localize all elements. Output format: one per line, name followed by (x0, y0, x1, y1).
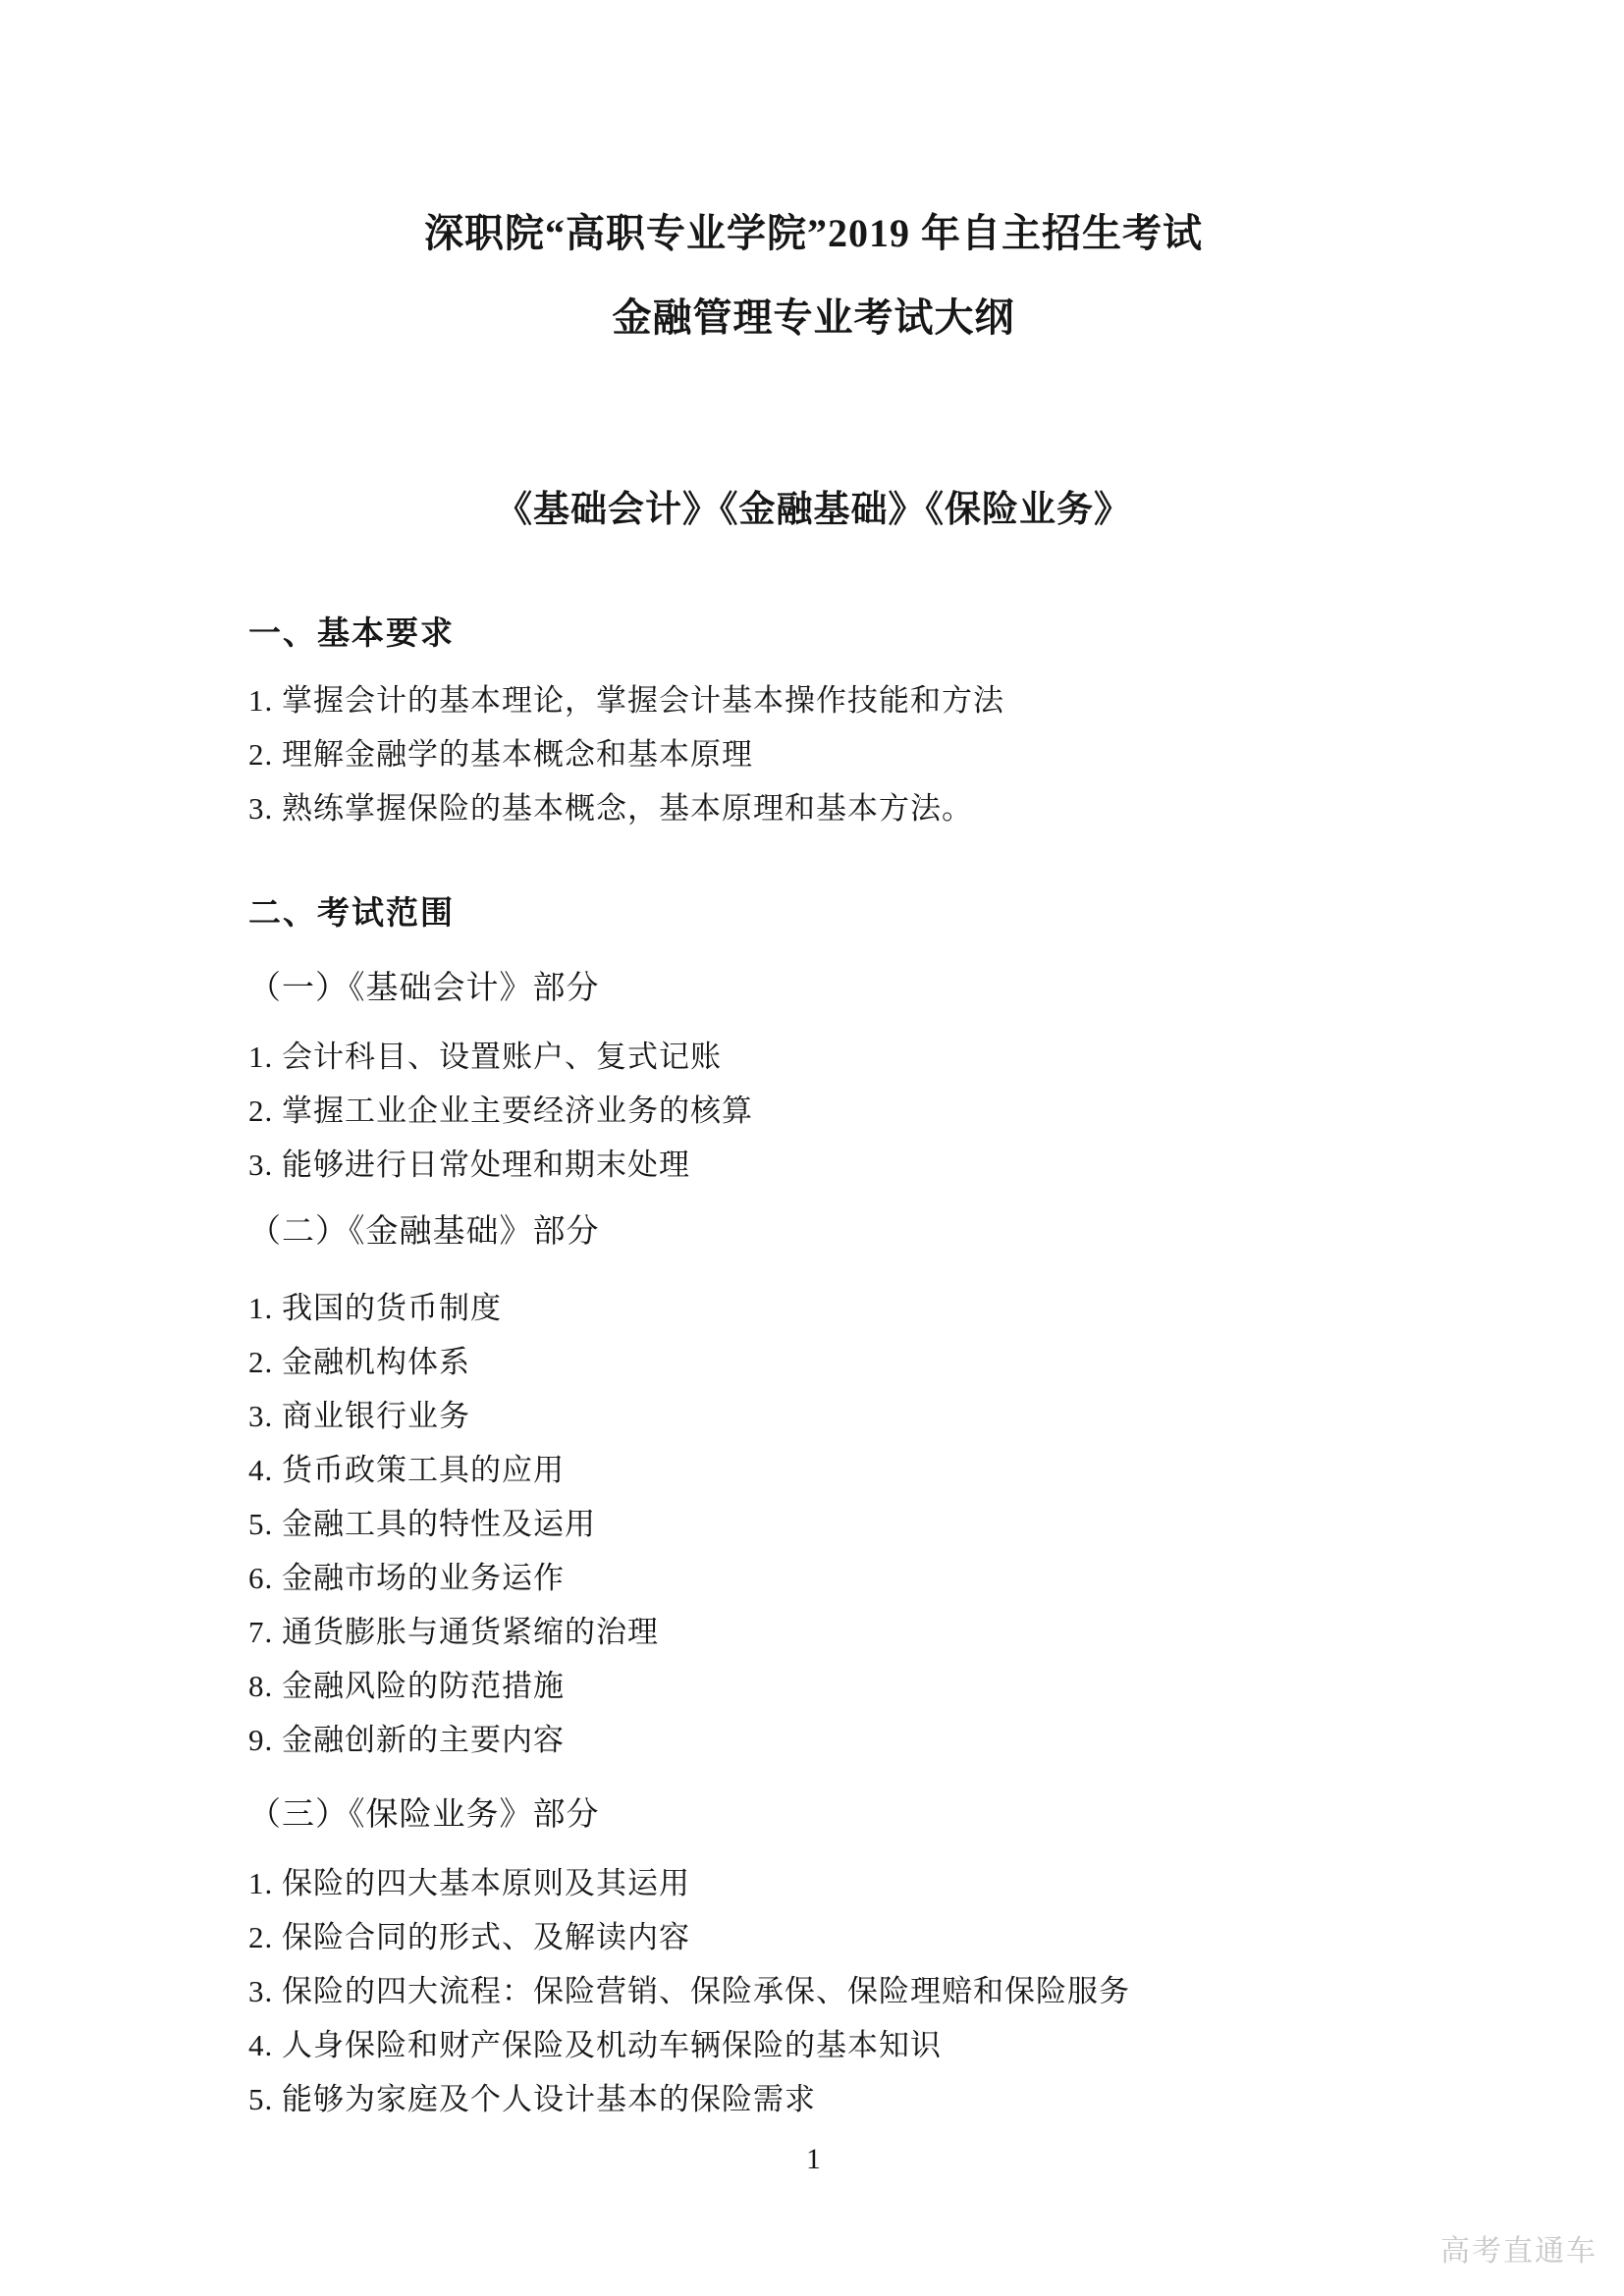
list-item: 3. 熟练掌握保险的基本概念，基本原理和基本方法。 (248, 793, 1379, 824)
page-number: 1 (248, 2145, 1379, 2174)
list-item: 3. 保险的四大流程：保险营销、保险承保、保险理赔和保险服务 (248, 1976, 1379, 2006)
list-item: 8. 金融风险的防范措施 (248, 1671, 1379, 1701)
list-item: 2. 保险合同的形式、及解读内容 (248, 1922, 1379, 1952)
list-item: 3. 能够进行日常处理和期末处理 (248, 1149, 1379, 1180)
list-item: 4. 人身保险和财产保险及机动车辆保险的基本知识 (248, 2030, 1379, 2060)
document-title-line2: 金融管理专业考试大纲 (248, 298, 1379, 338)
list-item: 9. 金融创新的主要内容 (248, 1725, 1379, 1755)
list-item: 1. 我国的货币制度 (248, 1293, 1379, 1323)
subsection-insurance-business-heading: （三）《保险业务》部分 (248, 1799, 1379, 1832)
list-item: 1. 会计科目、设置账户、复式记账 (248, 1041, 1379, 1072)
list-item: 7. 通货膨胀与通货紧缩的治理 (248, 1617, 1379, 1647)
document-subtitle: 《基础会计》《金融基础》《保险业务》 (248, 492, 1379, 528)
list-item: 2. 金融机构体系 (248, 1347, 1379, 1377)
watermark-text: 高考直通车 (1440, 2237, 1597, 2267)
document-content: 深职院“高职专业学院”2019 年自主招生考试 金融管理专业考试大纲 《基础会计… (0, 0, 1624, 2174)
list-item: 1. 保险的四大基本原则及其运用 (248, 1868, 1379, 1898)
list-item: 5. 金融工具的特性及运用 (248, 1509, 1379, 1539)
list-item: 1. 掌握会计的基本理论，掌握会计基本操作技能和方法 (248, 685, 1379, 716)
section-exam-scope-heading: 二、考试范围 (248, 896, 1379, 929)
document-title-line1: 深职院“高职专业学院”2019 年自主招生考试 (248, 214, 1379, 253)
list-item: 2. 理解金融学的基本概念和基本原理 (248, 739, 1379, 770)
list-item: 2. 掌握工业企业主要经济业务的核算 (248, 1095, 1379, 1126)
document-page: 深职院“高职专业学院”2019 年自主招生考试 金融管理专业考试大纲 《基础会计… (0, 0, 1624, 2296)
subsection-basic-accounting-heading: （一）《基础会计》部分 (248, 973, 1379, 1005)
section-basic-requirements-heading: 一、基本要求 (248, 616, 1379, 649)
subsection-finance-basics-heading: （二）《金融基础》部分 (248, 1216, 1379, 1249)
list-item: 3. 商业银行业务 (248, 1401, 1379, 1431)
list-item: 4. 货币政策工具的应用 (248, 1455, 1379, 1485)
list-item: 6. 金融市场的业务运作 (248, 1563, 1379, 1593)
list-item: 5. 能够为家庭及个人设计基本的保险需求 (248, 2084, 1379, 2114)
